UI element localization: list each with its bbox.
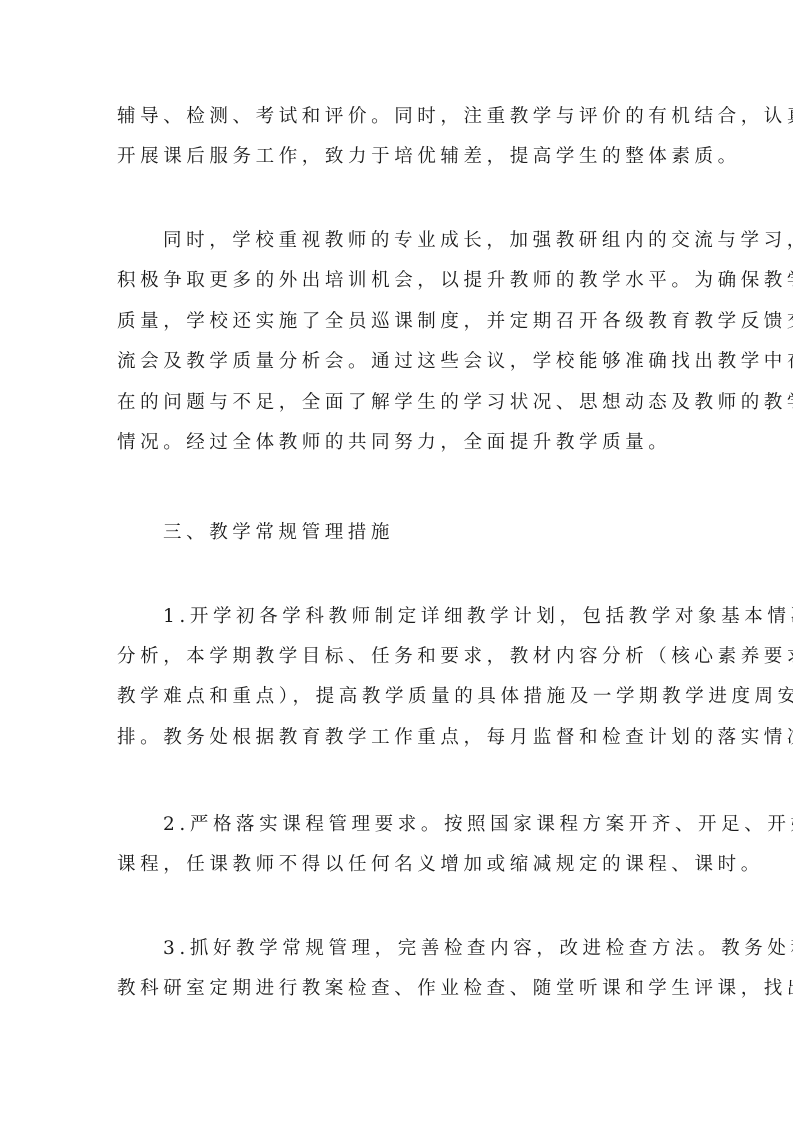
text-line: 排。教务处根据教育教学工作重点，每月监督和检查计划的落实情况。 [117, 726, 793, 750]
text-line: 1.开学初各学科教师制定详细教学计划，包括教学对象基本情况 [163, 605, 793, 629]
text-line: 流会及教学质量分析会。通过这些会议，学校能够准确找出教学中存 [117, 350, 793, 374]
text-line: 辅导、检测、考试和评价。同时，注重教学与评价的有机结合，认真 [117, 105, 793, 129]
text-line: 情况。经过全体教师的共同努力，全面提升教学质量。 [117, 431, 671, 455]
text-line: 在的问题与不足，全面了解学生的学习状况、思想动态及教师的教学 [117, 391, 793, 415]
text-line: 开展课后服务工作，致力于培优辅差，提高学生的整体素质。 [117, 145, 741, 169]
heading-text: 三、教学常规管理措施 [163, 521, 394, 545]
text-line: 3.抓好教学常规管理，完善检查内容，改进检查方法。教务处和 [163, 937, 793, 961]
text-line: 2.严格落实课程管理要求。按照国家课程方案开齐、开足、开好 [163, 813, 793, 837]
text-line: 质量，学校还实施了全员巡课制度，并定期召开各级教育教学反馈交 [117, 310, 793, 334]
text-line: 课程，任课教师不得以任何名义增加或缩减规定的课程、课时。 [117, 853, 764, 877]
text-line: 教科研室定期进行教案检查、作业检查、随堂听课和学生评课，找出 [117, 977, 793, 1001]
text-line: 教学难点和重点），提高教学质量的具体措施及一学期教学进度周安 [117, 685, 793, 709]
text-line: 同时，学校重视教师的专业成长，加强教研组内的交流与学习， [163, 229, 793, 253]
text-line: 积极争取更多的外出培训机会，以提升教师的教学水平。为确保教学 [117, 269, 793, 293]
text-line: 分析，本学期教学目标、任务和要求，教材内容分析（核心素养要求、 [117, 645, 793, 669]
